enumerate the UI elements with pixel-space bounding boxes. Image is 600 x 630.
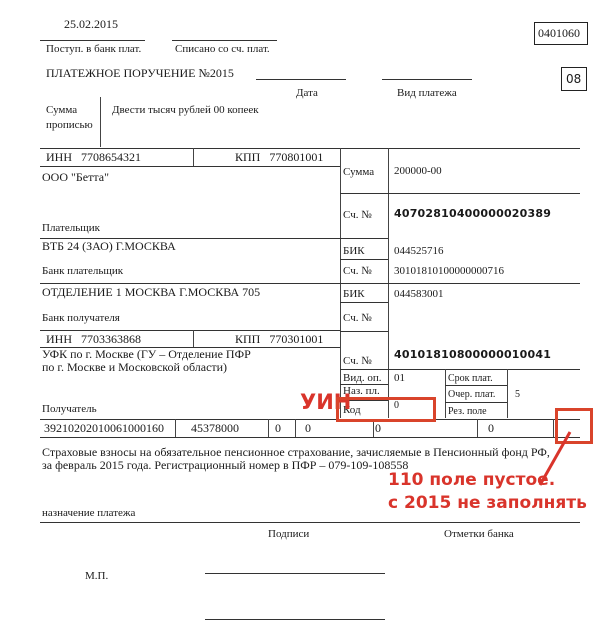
- payer-account-label: Сч. №: [343, 209, 372, 221]
- form-code-box: 0401060: [534, 22, 588, 45]
- row-divider: [40, 166, 340, 167]
- payer-bank-bik-label: БИК: [343, 245, 365, 257]
- payee-role-label: Получатель: [42, 403, 97, 415]
- payer-account-value: 40702810400000020389: [394, 207, 551, 220]
- payee-kpp: КПП 770301001: [235, 332, 323, 347]
- payer-kpp: КПП 770801001: [235, 150, 323, 165]
- row-divider: [340, 193, 580, 194]
- sum-value: 200000-00: [394, 165, 442, 177]
- signature-line-1[interactable]: [205, 573, 385, 574]
- payee-bank-bik-value: 044583001: [394, 288, 444, 300]
- oktmo-value: 45378000: [191, 421, 239, 436]
- row-divider: [40, 522, 580, 523]
- stamp-label: М.П.: [85, 570, 108, 582]
- inn-value: 7708654321: [81, 150, 141, 164]
- kpp-label: КПП: [235, 150, 260, 164]
- row-divider: [340, 259, 388, 260]
- payee-bank-role-label: Банк получателя: [42, 312, 120, 324]
- payer-bank-role-label: Банк плательщик: [42, 265, 123, 277]
- note-line-2: с 2015 не заполнять: [388, 493, 587, 513]
- signature-line-2[interactable]: [205, 619, 385, 620]
- payee-inn: ИНН 7703363868: [46, 332, 141, 347]
- op-type-label: Вид. оп.: [343, 372, 381, 384]
- kbk-value: 39210202010061000160: [44, 421, 164, 436]
- amount-words-value: Двести тысяч рублей 00 копеек: [112, 104, 259, 116]
- date-label: Дата: [296, 87, 318, 99]
- payment-type-label: Вид платежа: [397, 87, 457, 99]
- note-line-1: 110 поле пустое.: [388, 470, 555, 490]
- payment-type-line: [382, 79, 472, 80]
- op-divider: [445, 369, 446, 418]
- debited-label: Списано со сч. плат.: [175, 43, 270, 55]
- row-divider: [445, 385, 507, 386]
- tax-divider: [268, 419, 269, 437]
- inn-value: 7703363868: [81, 332, 141, 346]
- kpp-label: КПП: [235, 332, 260, 346]
- reserve-label: Рез. поле: [448, 406, 487, 417]
- received-label: Поступ. в банк плат.: [46, 43, 141, 55]
- bank-marks-label: Отметки банка: [444, 528, 514, 540]
- payee-account-value: 40101810800000010041: [394, 348, 551, 361]
- inn-label: ИНН: [46, 150, 72, 164]
- received-date-line: [40, 40, 145, 41]
- amount-words-label-2: прописью: [46, 119, 93, 131]
- payee-bank-name: ОТДЕЛЕНИЕ 1 МОСКВА Г.МОСКВА 705: [42, 285, 260, 300]
- payer-bank-account-value: 30101810100000000716: [394, 265, 504, 277]
- payer-bank-name: ВТБ 24 (ЗАО) Г.МОСКВА: [42, 239, 176, 254]
- amount-words-label-1: Сумма: [46, 104, 77, 116]
- period-value: 0: [305, 421, 311, 436]
- term-label: Срок плат.: [448, 373, 493, 384]
- payer-inn: ИНН 7708654321: [46, 150, 141, 165]
- payee-name-2: по г. Москве и Московской области): [42, 361, 227, 374]
- kpp-value: 770301001: [269, 332, 323, 346]
- op-divider: [507, 369, 508, 418]
- uin-highlight-box: [336, 397, 436, 422]
- order-date-line: [256, 79, 346, 80]
- payer-name: ООО "Бетта": [42, 170, 109, 185]
- debited-date-line: [172, 40, 277, 41]
- purpose-label: назначение платежа: [42, 507, 135, 519]
- sum-label: Сумма: [343, 166, 374, 178]
- payer-bank-bik-value: 044525716: [394, 245, 444, 257]
- row-divider: [40, 283, 580, 284]
- document-date: 25.02.2015: [64, 17, 118, 32]
- form-code: 0401060: [538, 26, 580, 40]
- purpose-line-2: за февраль 2015 года. Регистрационный но…: [42, 459, 408, 472]
- row-divider: [445, 402, 507, 403]
- row-divider: [40, 148, 580, 149]
- amount-words-divider: [100, 97, 101, 147]
- doc-number-value: 0: [375, 421, 381, 436]
- basis-value: 0: [275, 421, 281, 436]
- status-code: 08: [566, 72, 581, 86]
- tax-divider: [295, 419, 296, 437]
- payer-role-label: Плательщик: [42, 222, 100, 234]
- payer-bank-account-label: Сч. №: [343, 265, 372, 277]
- doc-date-value: 0: [488, 421, 494, 436]
- payee-account-label: Сч. №: [343, 355, 372, 367]
- status-code-box: 08: [561, 67, 587, 91]
- payee-bank-account-label: Сч. №: [343, 312, 372, 324]
- row-divider: [40, 330, 340, 331]
- row-divider: [40, 437, 580, 438]
- page-title: ПЛАТЕЖНОЕ ПОРУЧЕНИЕ №2015: [46, 66, 234, 81]
- kpp-value: 770801001: [269, 150, 323, 164]
- inn-label: ИНН: [46, 332, 72, 346]
- signatures-label: Подписи: [268, 528, 309, 540]
- inn-kpp-divider: [193, 330, 194, 347]
- inn-kpp-divider: [193, 148, 194, 166]
- row-divider: [340, 369, 580, 370]
- op-type-value: 01: [394, 372, 405, 384]
- priority-label: Очер. плат.: [448, 389, 495, 400]
- row-divider: [340, 302, 388, 303]
- payee-bank-bik-label: БИК: [343, 288, 365, 300]
- row-divider: [340, 331, 388, 332]
- row-divider: [40, 419, 580, 420]
- priority-value: 5: [515, 389, 520, 400]
- tax-divider: [477, 419, 478, 437]
- tax-divider: [175, 419, 176, 437]
